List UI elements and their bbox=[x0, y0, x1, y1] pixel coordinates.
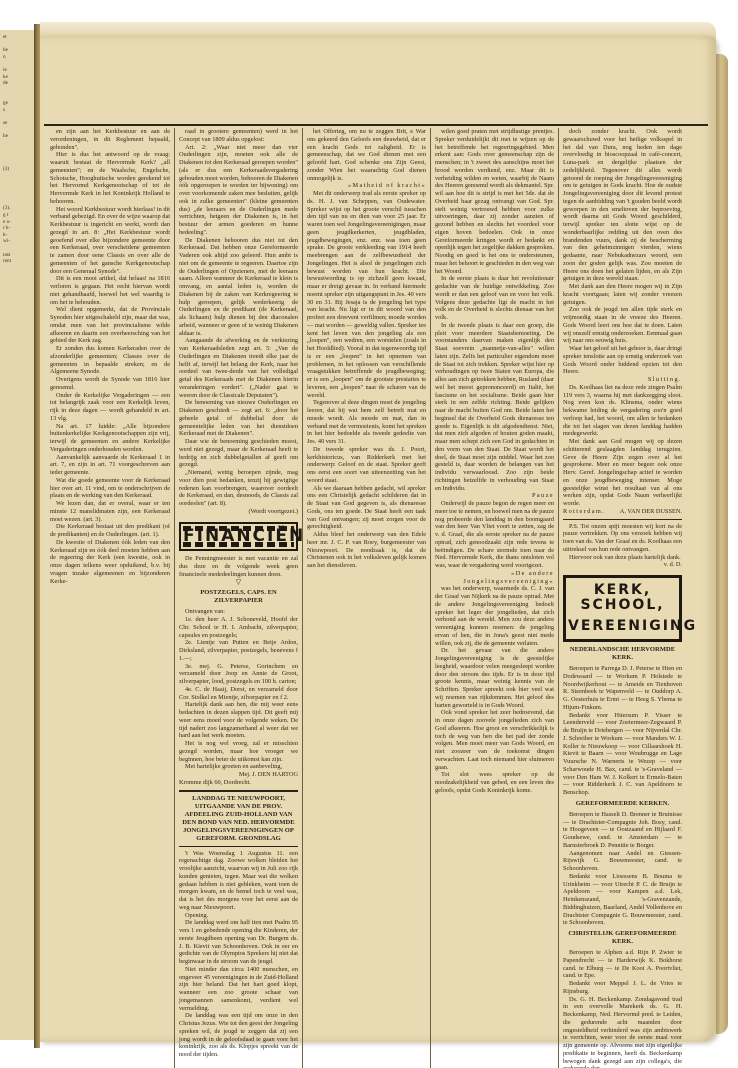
kerk-banner-line-2: VEREENIGING bbox=[568, 616, 677, 637]
paragraph: De tweede spreker was ds. J. Poort, kerk… bbox=[307, 446, 426, 485]
church-news-item: Beroepen te Alphen a.d. Rijn P. Zwier te… bbox=[563, 949, 682, 980]
paragraph: Onder de Kerkelijke Vergaderingen — een … bbox=[50, 392, 170, 423]
signature-name: A. VAN DER DUSSEN. bbox=[620, 508, 682, 516]
paragraph: Waar het geloof uit het gehoor is, daar … bbox=[563, 345, 682, 376]
paragraph: doch zonder kracht. Ook wordt gewaarschu… bbox=[563, 128, 682, 283]
postzegels-item: 3e. mej. G. Peterse, Gorinchem en verzam… bbox=[179, 663, 298, 686]
paragraph: het Offerteg, om nu te zeggen Brit, e Wa… bbox=[307, 128, 426, 182]
postzegels-item: 4e. C. de Haaij, Dorst, en verzameld doo… bbox=[179, 686, 298, 702]
column-1: en zijn aan het Kerkbestuur en aan de ve… bbox=[46, 128, 174, 1068]
newspaper-columns: en zijn aan het Kerkbestuur en aan de ve… bbox=[46, 128, 710, 1068]
church-news-item: Bedankt voor Meppel J. L. de Vries te Ri… bbox=[563, 980, 682, 996]
church-section-heading: GEREFORMEERDE KERKEN. bbox=[563, 800, 682, 808]
kerk-school-vereeniging-banner: KERK, SCHOOL, VEREENIGING bbox=[563, 575, 682, 642]
paragraph: Als we daaraan hebben gedacht, wil sprek… bbox=[307, 485, 426, 532]
paragraph: De landdag werd om half tien met Psalm 9… bbox=[179, 919, 298, 966]
landdag-heading: LANDDAG TE NIEUWPOORT, UITGAANDE VAN DE … bbox=[179, 795, 298, 843]
paragraph: was het onderwerp, waarmede ds. C. J. va… bbox=[435, 585, 554, 647]
paragraph: We lezen dan, dat er overal, waar er ten… bbox=[50, 500, 170, 523]
paragraph: Tot slot wees spreker op de noodzakelijk… bbox=[435, 771, 554, 794]
paragraph: De landdag was een tijd om onze in den C… bbox=[179, 1012, 298, 1059]
paragraph: 't Was Woensdag 1 Augustus 11. een regen… bbox=[179, 850, 298, 912]
postzegels-address: Kromme dijk 60, Dordrecht. bbox=[179, 779, 298, 787]
paragraph: De Diakenen behooren dus niet tot den Ke… bbox=[179, 237, 298, 338]
paragraph: De benoeming van nieuwe Ouderlingen en D… bbox=[179, 399, 298, 438]
paragraph: In de eerste plaats is daar het revoluti… bbox=[435, 275, 554, 322]
church-section-heading: CHRISTELIJK GEREFORMEERDE KERK. bbox=[563, 930, 682, 946]
separator-ornament: ▽ bbox=[179, 579, 298, 587]
postzegels-item: Het is nog wel vroeg, zal er misschien g… bbox=[179, 740, 298, 763]
postzegels-item: Hartelijk dank aan hen, die mij weer een… bbox=[179, 701, 298, 740]
subheading-andere-jongelingsvereeniging: »De andere Jongelingsvereeniging« bbox=[435, 570, 554, 586]
postscript-thanks: Hiervoor ook van deze plaats hartelijk d… bbox=[563, 554, 682, 562]
church-news-item: Beroepen te Parrega D. J. Peterse te Hie… bbox=[563, 665, 682, 712]
church-news-item: Bedankt voor Hitersum P. Visser te Leend… bbox=[563, 712, 682, 797]
adjacent-page-fragments: et be n ie ke de ge s se he (3) (3). g t… bbox=[0, 30, 34, 265]
paragraph: Er zonden dus komen Kerkeraden over de a… bbox=[50, 345, 170, 376]
paragraph: Tegenover al deze dingen moet de jongeli… bbox=[307, 399, 426, 446]
section-rule bbox=[563, 519, 682, 520]
postzegels-heading: POSTZEGELS, CAPS. EN ZILVERPAPIER bbox=[179, 589, 298, 605]
paragraph: en zijn aan het Kerkbestuur en aan de ve… bbox=[50, 128, 170, 151]
sluiting-heading: Sluiting. bbox=[563, 376, 682, 384]
paragraph: Zoo ook de jeugd ten allen tijde sterk e… bbox=[563, 306, 682, 345]
paragraph: De kwestie of Diakenen óók leden van den… bbox=[50, 539, 170, 586]
church-news-item: Bedankt voor Lioessens B. Bouma te Urink… bbox=[563, 873, 682, 927]
column-4: wilen goed praten met strijdlustige pren… bbox=[430, 128, 558, 1068]
postzegels-item: 2e. Lientje van Putten en Betje Ardon, D… bbox=[179, 639, 298, 662]
church-news-item: Ds. G. H. Beckenkamp. Zondagavond trad i… bbox=[563, 996, 682, 1068]
paragraph: Met dank aan God mogen wij op dezen schi… bbox=[563, 438, 682, 508]
paragraph: Overigens wordt de Synode van 1816 hier … bbox=[50, 376, 170, 392]
postscript-initials: v. d. D. bbox=[563, 561, 682, 569]
paragraph: Ook vond spreker het zeer bedroevend, da… bbox=[435, 709, 554, 771]
postzegels-signature: Mej. J. DEN HARTOG bbox=[179, 771, 298, 779]
top-rule bbox=[44, 124, 708, 126]
paragraph: Aanvankelijk aanvaarde de Kerkeraad 1 in… bbox=[50, 454, 170, 477]
postscript: P.S. Tot onzen spijt moesten wij kort na… bbox=[563, 523, 682, 554]
paragraph: Na art. 17 luidde: „Alle bijzondere buit… bbox=[50, 423, 170, 454]
paragraph: Die Kerkeraad bestaat uit den predikant … bbox=[50, 523, 170, 539]
paragraph: Het woord Kerkbestuur wordt hierlaas! in… bbox=[50, 206, 170, 276]
column-5: doch zonder kracht. Ook wordt gewaarschu… bbox=[558, 128, 686, 1068]
paragraph: wilen goed praten met strijdlustige pren… bbox=[435, 128, 554, 275]
paragraph: Daar wie de benoeming geschieden moest, … bbox=[179, 438, 298, 469]
paragraph: Niet minder dan circa 1400 menschen, en … bbox=[179, 966, 298, 1013]
paragraph: In de tweede plaats is daar een groep, d… bbox=[435, 322, 554, 493]
paragraph: Aangaande de afwerking en de verkiezing … bbox=[179, 337, 298, 399]
paragraph: Onderwijl de pauze begon de regen meer e… bbox=[435, 500, 554, 570]
kerk-banner-line-1: KERK, SCHOOL, bbox=[568, 580, 677, 616]
financien-title: FINANCIËN bbox=[183, 531, 294, 543]
page-stack-edge bbox=[716, 54, 728, 1034]
financien-banner: FINANCIËN bbox=[179, 522, 298, 552]
paragraph: Dr. het gevaar van die andere Jongelings… bbox=[435, 647, 554, 709]
church-news-item: Aangenomen naar Andel en Giessen-Rijswij… bbox=[563, 850, 682, 873]
postzegels-intro: Ontvangen van: bbox=[179, 608, 298, 616]
continued-note: (Wordt voortgezet.) bbox=[179, 508, 298, 516]
subheading-matheid: »Matheid of kracht« bbox=[307, 182, 426, 190]
paragraph: Opening. bbox=[179, 912, 298, 920]
postzegels-closing: Met hartelijke groeten en aanbeveling, bbox=[179, 763, 298, 771]
paragraph: raad in grootere gemeenten) werd in het … bbox=[179, 128, 298, 144]
pauze-heading: Pauze bbox=[435, 492, 554, 500]
postzegels-item: 1e. den heer A. J. Schoneveld, Hoofd der… bbox=[179, 616, 298, 639]
paragraph: Wel dient opgemerkt, dat de Provinciale … bbox=[50, 306, 170, 345]
signature-place: Rotterdam. bbox=[563, 508, 605, 516]
church-section-heading: NEDERLANDSCHE HERVORMDE KERK. bbox=[563, 646, 682, 662]
paragraph: Met dit onderwerp trad als eerste spreke… bbox=[307, 190, 426, 399]
paragraph: Met dank aan den Heere mogen wij in Zijn… bbox=[563, 283, 682, 306]
paragraph: Dit is een mooi artikel, dat helaas! na … bbox=[50, 275, 170, 306]
paragraph: Wat die goede gemeente voor de Kerkeraad… bbox=[50, 477, 170, 500]
signature-line: Rotterdam. A. VAN DER DUSSEN. bbox=[563, 508, 682, 516]
section-rule bbox=[179, 846, 298, 847]
paragraph: Aldus bleef het onderwerp van den Edele … bbox=[307, 531, 426, 570]
column-3: het Offerteg, om nu te zeggen Brit, e Wa… bbox=[302, 128, 430, 1068]
paragraph: „Niemand, wettig beroepen zijnde, mag vo… bbox=[179, 469, 298, 508]
adjacent-page-margin: et be n ie ke de ge s se he (3) (3). g t… bbox=[0, 30, 34, 1040]
finance-notice: De Penningmeester is met vacantie en zal… bbox=[179, 555, 298, 578]
church-news-item: Beroepen te Hasselt D. Brenner te Bruini… bbox=[563, 811, 682, 850]
paragraph: Hier is dus het antwoord op de vraag: wa… bbox=[50, 151, 170, 205]
paragraph: Ds. Koolhaas liet na deze rede zingen Ps… bbox=[563, 384, 682, 438]
column-2: raad in grootere gemeenten) werd in het … bbox=[174, 128, 302, 1068]
paragraph: Art. 2: „Waar niet meer dan vier Ouderli… bbox=[179, 144, 298, 237]
section-rule bbox=[179, 790, 298, 792]
